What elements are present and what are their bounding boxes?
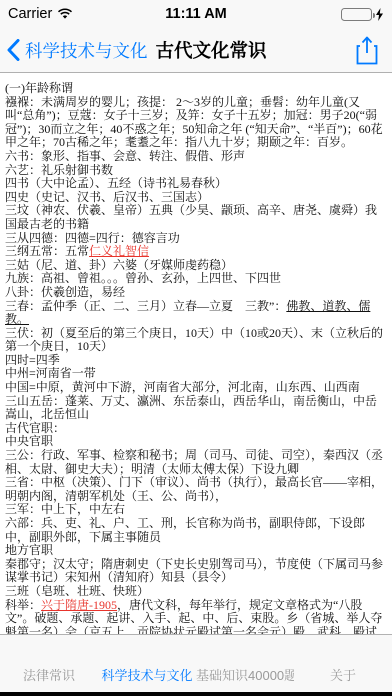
share-icon xyxy=(356,36,378,65)
share-button[interactable] xyxy=(356,36,392,65)
paragraph: 三纲五常：五常仁义礼智信 xyxy=(5,245,388,259)
text-segment: 三从四德：四德=四行：德容言功 xyxy=(5,231,180,245)
paragraph: 三班（皂班、壮班、快班） xyxy=(5,585,388,599)
paragraph: 三省：中枢（决策）、门下（审议）、尚书（执行），最高长官——宰相，明朝内阁，清朝… xyxy=(5,476,388,503)
paragraph: 中国=中原，黄河中下游，河南省大部分，河北南，山东西、山西南 xyxy=(5,381,388,395)
text-segment: (一)年龄称谓 xyxy=(5,81,73,95)
highlighted-red-text: 兴于隋唐-1905 xyxy=(41,598,117,612)
paragraph: 三伏：初（夏至后的第三个庚日，10天）中（10或20天）、末（立秋后的第一个庚日… xyxy=(5,327,388,354)
text-segment: 秦郡守；汉太守；隋唐刺史（下史长史别驾司马），节度使（下属司马参谋掌书记）宋知州… xyxy=(5,557,383,585)
page-title: 古代文化常识 xyxy=(156,37,267,63)
text-segment: 中央官职 xyxy=(5,434,53,448)
navigation-bar: 科学技术与文化 古代文化常识 xyxy=(0,28,392,73)
tab-bar: 法律常识科学技术与文化基础知识40000题关于 xyxy=(0,634,392,692)
paragraph: 地方官职 xyxy=(5,544,388,558)
text-segment: 三纲五常：五常 xyxy=(5,244,89,258)
paragraph: 襁褓：未满周岁的婴儿；孩提： 2～3岁的儿童；垂髫：幼年儿童(又叫“总角”)；豆… xyxy=(5,96,388,150)
tab-item-active[interactable]: 科学技术与文化 xyxy=(98,665,196,692)
text-segment: 四书（大中论孟）、五经（诗书礼易春秋） xyxy=(5,176,227,190)
paragraph: 三山五岳：蓬莱、万丈、瀛洲、东岳泰山，西岳华山，南岳衡山，中岳嵩山，北岳恒山 xyxy=(5,395,388,422)
back-button-label: 科学技术与文化 xyxy=(25,38,148,63)
paragraph: 九族：高祖、曾祖。。。曾孙、玄孙，上四世、下四世 xyxy=(5,272,388,286)
highlighted-red-text: 仁义礼智信 xyxy=(89,244,149,258)
text-segment: 四史（史记、汉书、后汉书、三国志） xyxy=(5,190,209,204)
paragraph: 秦郡守；汉太守；隋唐刺史（下史长史别驾司马），节度使（下属司马参谋掌书记）宋知州… xyxy=(5,558,388,585)
app-screen: Carrier 11:11 AM xyxy=(0,0,392,696)
status-bar: Carrier 11:11 AM xyxy=(0,0,392,28)
text-segment: 三春：孟仲季（正、二、三月）立春—立夏 三教”： xyxy=(5,299,286,313)
text-segment: 襁褓：未满周岁的婴儿；孩提： 2～3岁的儿童；垂髫：幼年儿童(又叫“总角”)；豆… xyxy=(5,95,383,150)
text-segment: 中国=中原，黄河中下游，河南省大部分，河北南，山东西、山西南 xyxy=(5,380,360,394)
paragraph: 三坟（神农、伏羲、皇帝）五典（少昊、颛顼、高辛、唐尧、虞舜）我国最古老的书籍 xyxy=(5,204,388,231)
paragraph: (一)年龄称谓 xyxy=(5,82,388,96)
paragraph: 古代官职： xyxy=(5,422,388,436)
back-button[interactable]: 科学技术与文化 xyxy=(0,38,148,63)
text-segment: 三公：行政、军事、检察和秘书；周（司马、司徒、司空），秦西汉（丞相、太尉、御史大… xyxy=(5,448,383,476)
text-segment: 三姑（尼、道、卦）六婆（牙媒师虔药稳） xyxy=(5,258,233,272)
text-segment: 四时=四季 xyxy=(5,353,60,367)
paragraph: 六书：象形、指事、会意、转注、假借、形声 xyxy=(5,150,388,164)
chevron-left-icon xyxy=(7,39,20,61)
text-segment: 中州=河南省一带 xyxy=(5,366,96,380)
article-text[interactable]: (一)年龄称谓襁褓：未满周岁的婴儿；孩提： 2～3岁的儿童；垂髫：幼年儿童(又叫… xyxy=(0,73,392,634)
text-segment: 三班（皂班、壮班、快班） xyxy=(5,584,149,598)
text-segment: 六艺：礼乐射御书数 xyxy=(5,163,113,177)
text-segment: 地方官职 xyxy=(5,543,53,557)
text-segment: 六书：象形、指事、会意、转注、假借、形声 xyxy=(5,149,245,163)
paragraph: 三春：孟仲季（正、二、三月）立春—立夏 三教”：佛教、道教、儒教。 xyxy=(5,300,388,327)
paragraph: 八卦：伏羲创造，易经 xyxy=(5,286,388,300)
text-segment: 六部：兵、吏、礼、户、工、刑，长官称为尚书，副职侍郎，下设郎中，副职外郎，下属主… xyxy=(5,516,365,544)
text-segment: 三省：中枢（决策）、门下（审议）、尚书（执行），最高长官——宰相，明朝内阁，清朝… xyxy=(5,475,383,503)
tab-item[interactable]: 关于 xyxy=(294,665,392,692)
text-segment: 三坟（神农、伏羲、皇帝）五典（少昊、颛顼、高辛、唐尧、虞舜）我国最古老的书籍 xyxy=(5,203,377,231)
clock: 11:11 AM xyxy=(0,6,392,22)
text-segment: 八卦：伏羲创造，易经 xyxy=(5,285,125,299)
paragraph: 四书（大中论孟）、五经（诗书礼易春秋） xyxy=(5,177,388,191)
paragraph: 三公：行政、军事、检察和秘书；周（司马、司徒、司空），秦西汉（丞相、太尉、御史大… xyxy=(5,449,388,476)
paragraph: 六部：兵、吏、礼、户、工、刑，长官称为尚书，副职侍郎，下设郎中，副职外郎，下属主… xyxy=(5,517,388,544)
tab-item[interactable]: 基础知识40000题 xyxy=(196,665,294,692)
text-segment: 三伏：初（夏至后的第三个庚日，10天）中（10或20天）、末（立秋后的第一个庚日… xyxy=(5,326,383,354)
battery-icon xyxy=(341,8,372,21)
text-segment: 古代官职： xyxy=(5,421,65,435)
text-segment: 科举： xyxy=(5,598,41,612)
text-segment: 三军：中上下，中左右 xyxy=(5,502,125,516)
paragraph: 三军：中上下，中左右 xyxy=(5,503,388,517)
text-segment: 九族：高祖、曾祖。。。曾孙、玄孙，上四世、下四世 xyxy=(5,271,281,285)
tab-item[interactable]: 法律常识 xyxy=(0,665,98,692)
charging-bolt-icon xyxy=(375,8,384,21)
paragraph: 科举：兴于隋唐-1905，唐代文科，每年举行，规定文章格式为“八股文”。破题、承… xyxy=(5,599,388,634)
paragraph: 中央官职 xyxy=(5,435,388,449)
text-segment: 三山五岳：蓬莱、万丈、瀛洲、东岳泰山，西岳华山，南岳衡山，中岳嵩山，北岳恒山 xyxy=(5,394,377,422)
home-strip xyxy=(0,692,392,696)
